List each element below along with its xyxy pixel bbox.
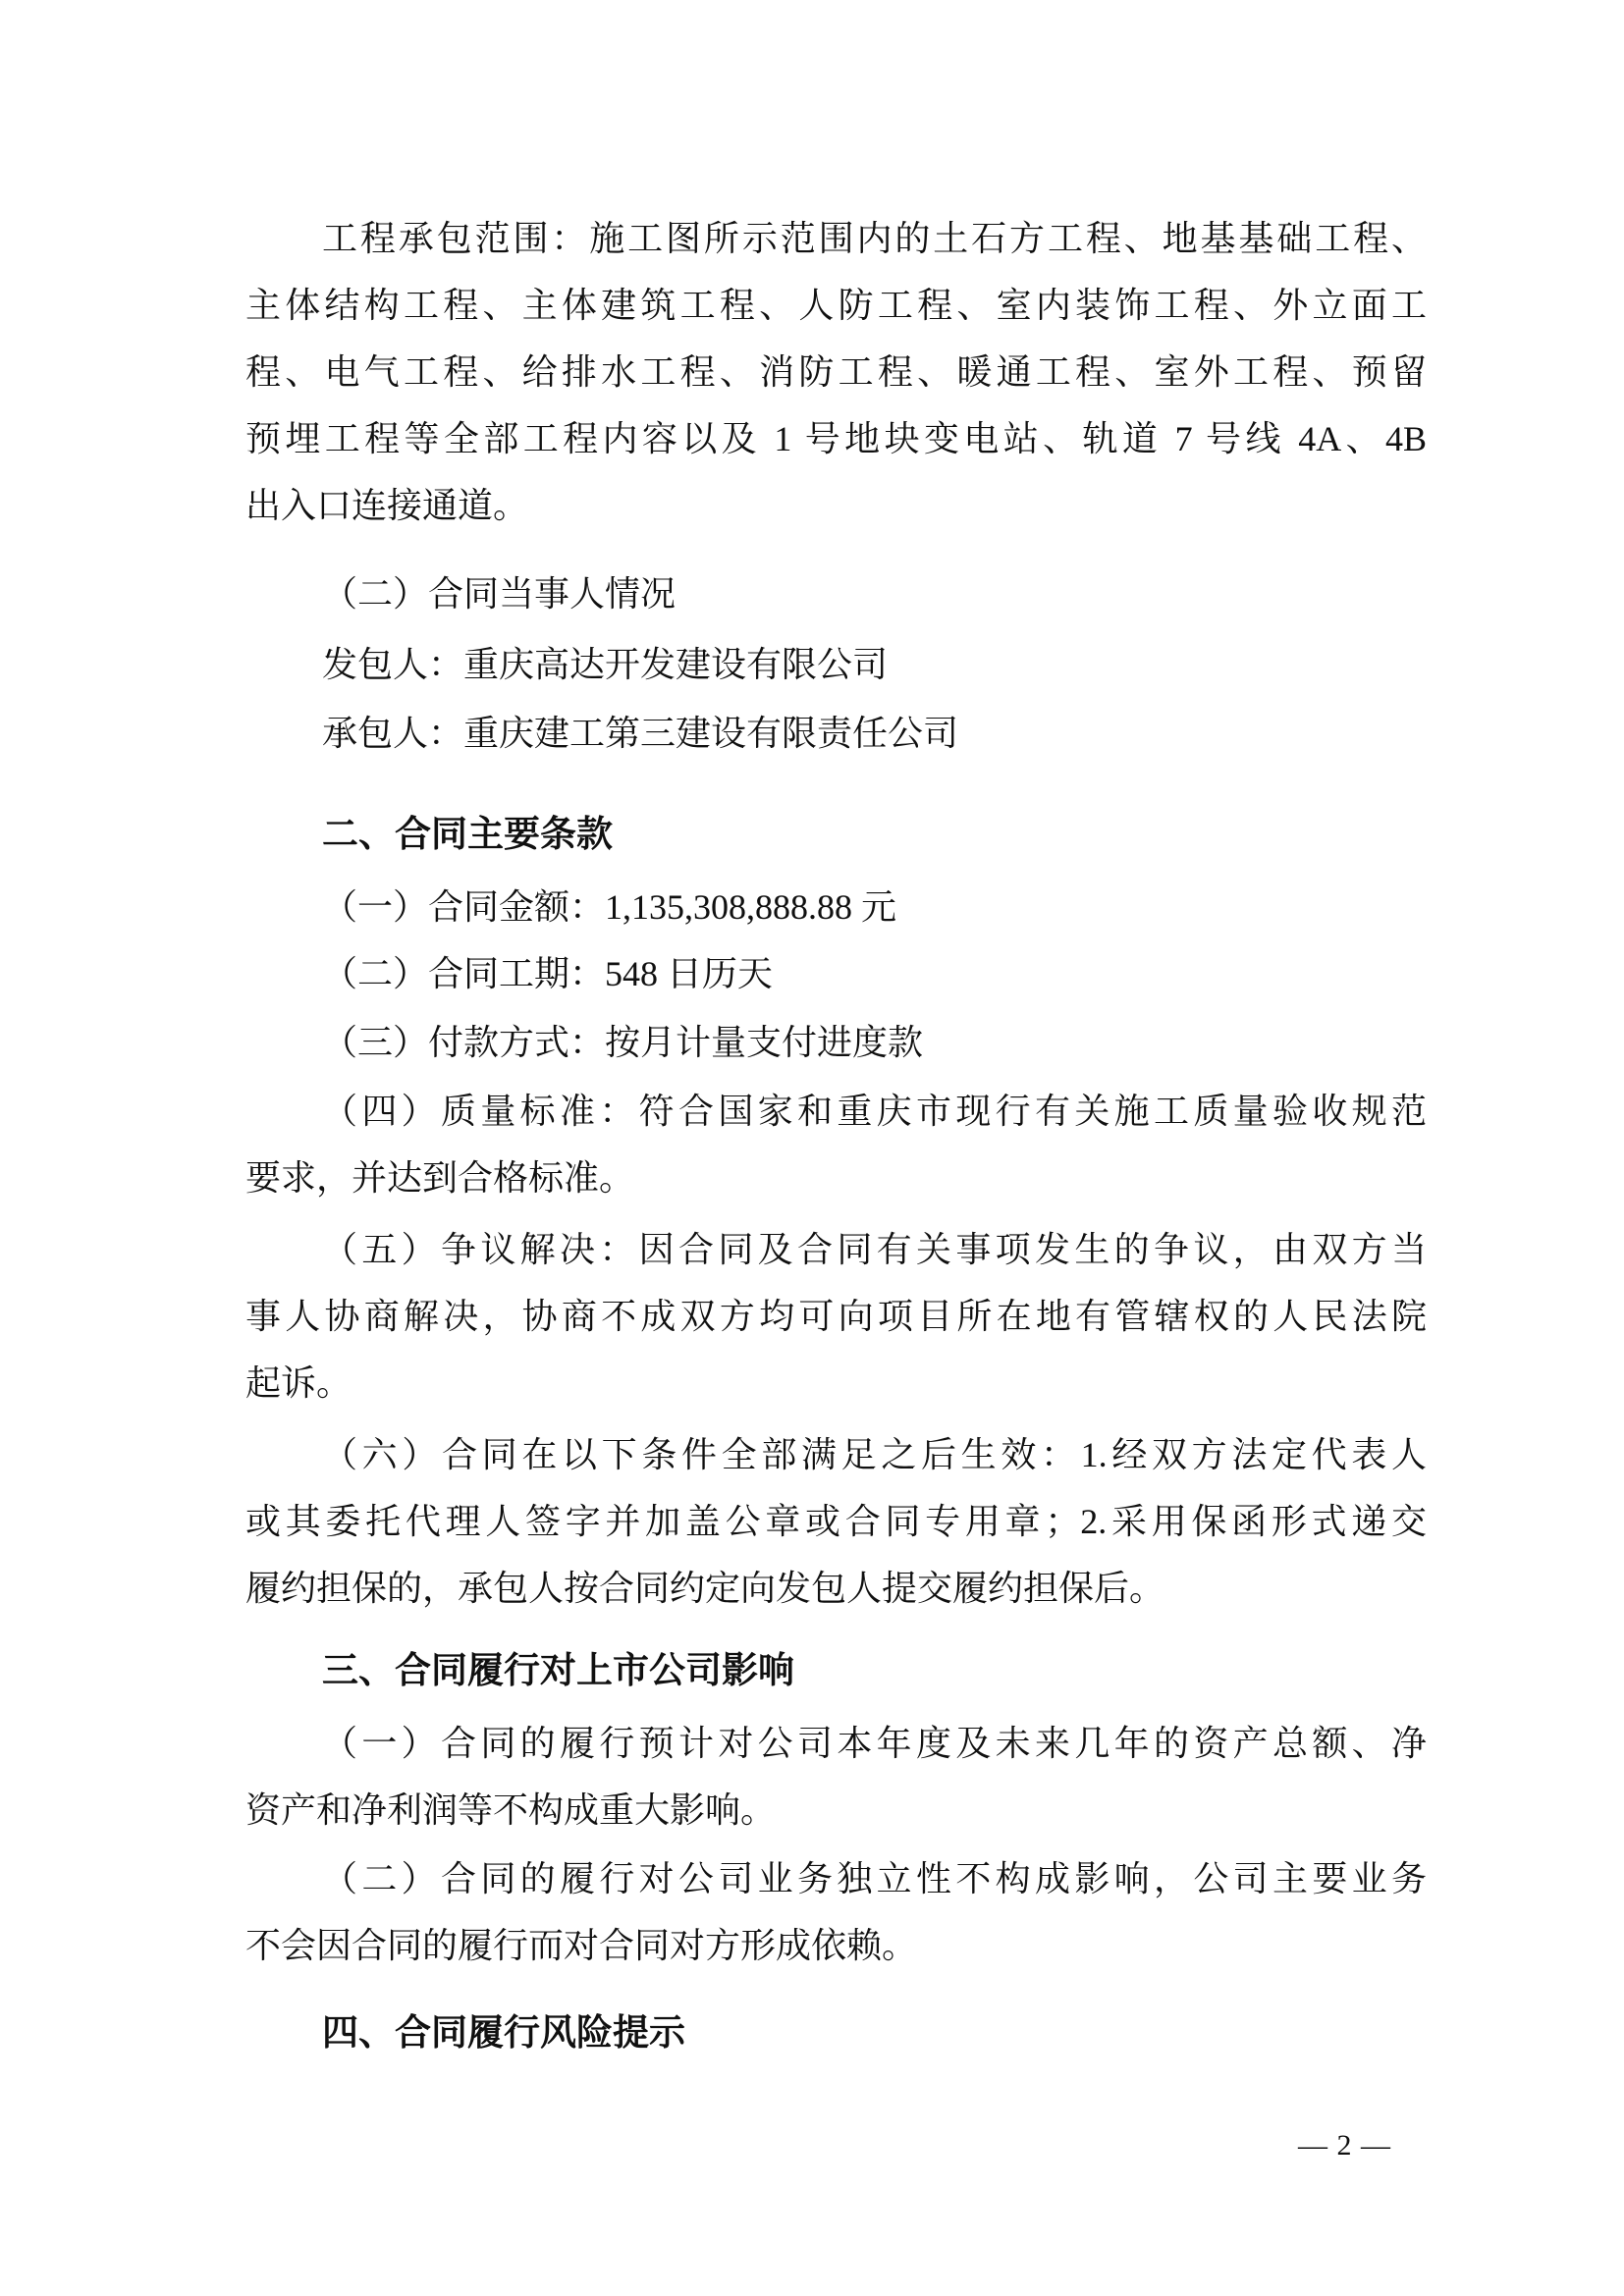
text-line: 二、合同主要条款	[245, 801, 1427, 868]
document-page: 工程承包范围：施工图所示范围内的土石方工程、地基基础工程、主体结构工程、主体建筑…	[0, 0, 1624, 2296]
text-line: 不会因合同的履行而对合同对方形成依赖。	[245, 1912, 1427, 1979]
text-line: 发包人：重庆高达开发建设有限公司	[245, 631, 1427, 698]
section-heading: 四、合同履行风险提示	[245, 2000, 1427, 2066]
text-line: 预埋工程等全部工程内容以及 1 号地块变电站、轨道 7 号线 4A、4B	[245, 405, 1427, 472]
text-line: 事人协商解决，协商不成双方均可向项目所在地有管辖权的人民法院	[245, 1283, 1427, 1350]
text-line: （六）合同在以下条件全部满足之后生效：1.经双方法定代表人	[245, 1421, 1427, 1488]
paragraph: （一）合同的履行预计对公司本年度及未来几年的资产总额、净资产和净利润等不构成重大…	[245, 1710, 1427, 1843]
text-line: 要求，并达到合格标准。	[245, 1145, 1427, 1211]
text-line: （一）合同的履行预计对公司本年度及未来几年的资产总额、净	[245, 1710, 1427, 1777]
paragraph: （二）合同工期：548 日历天	[245, 940, 1427, 1007]
text-line: 或其委托代理人签字并加盖公章或合同专用章；2.采用保函形式递交	[245, 1488, 1427, 1555]
paragraph: （三）付款方式：按月计量支付进度款	[245, 1009, 1427, 1076]
text-line: （二）合同工期：548 日历天	[245, 940, 1427, 1007]
paragraph: （二）合同当事人情况	[245, 561, 1427, 627]
paragraph: （二）合同的履行对公司业务独立性不构成影响，公司主要业务不会因合同的履行而对合同…	[245, 1845, 1427, 1979]
text-line: 工程承包范围：施工图所示范围内的土石方工程、地基基础工程、	[245, 205, 1427, 272]
text-line: （二）合同的履行对公司业务独立性不构成影响，公司主要业务	[245, 1845, 1427, 1912]
document-body: 工程承包范围：施工图所示范围内的土石方工程、地基基础工程、主体结构工程、主体建筑…	[245, 205, 1427, 2072]
paragraph: （四）质量标准：符合国家和重庆市现行有关施工质量验收规范要求，并达到合格标准。	[245, 1078, 1427, 1211]
text-line: 三、合同履行对上市公司影响	[245, 1637, 1427, 1704]
paragraph: （六）合同在以下条件全部满足之后生效：1.经双方法定代表人或其委托代理人签字并加…	[245, 1421, 1427, 1622]
text-line: 资产和净利润等不构成重大影响。	[245, 1777, 1427, 1843]
text-line: 程、电气工程、给排水工程、消防工程、暖通工程、室外工程、预留	[245, 339, 1427, 405]
text-line: （二）合同当事人情况	[245, 561, 1427, 627]
text-line: 承包人：重庆建工第三建设有限责任公司	[245, 700, 1427, 767]
text-line: 起诉。	[245, 1350, 1427, 1416]
text-line: （一）合同金额：1,135,308,888.88 元	[245, 874, 1427, 940]
paragraph: 承包人：重庆建工第三建设有限责任公司	[245, 700, 1427, 767]
text-line: 四、合同履行风险提示	[245, 2000, 1427, 2066]
paragraph: 工程承包范围：施工图所示范围内的土石方工程、地基基础工程、主体结构工程、主体建筑…	[245, 205, 1427, 539]
paragraph: 发包人：重庆高达开发建设有限公司	[245, 631, 1427, 698]
text-line: 履约担保的，承包人按合同约定向发包人提交履约担保后。	[245, 1555, 1427, 1622]
text-line: （四）质量标准：符合国家和重庆市现行有关施工质量验收规范	[245, 1078, 1427, 1145]
text-line: 主体结构工程、主体建筑工程、人防工程、室内装饰工程、外立面工	[245, 272, 1427, 339]
paragraph: （五）争议解决：因合同及合同有关事项发生的争议，由双方当事人协商解决，协商不成双…	[245, 1216, 1427, 1416]
section-heading: 二、合同主要条款	[245, 801, 1427, 868]
page-number: — 2 —	[1298, 2124, 1391, 2167]
text-line: （五）争议解决：因合同及合同有关事项发生的争议，由双方当	[245, 1216, 1427, 1283]
text-line: 出入口连接通道。	[245, 472, 1427, 539]
section-heading: 三、合同履行对上市公司影响	[245, 1637, 1427, 1704]
paragraph: （一）合同金额：1,135,308,888.88 元	[245, 874, 1427, 940]
text-line: （三）付款方式：按月计量支付进度款	[245, 1009, 1427, 1076]
